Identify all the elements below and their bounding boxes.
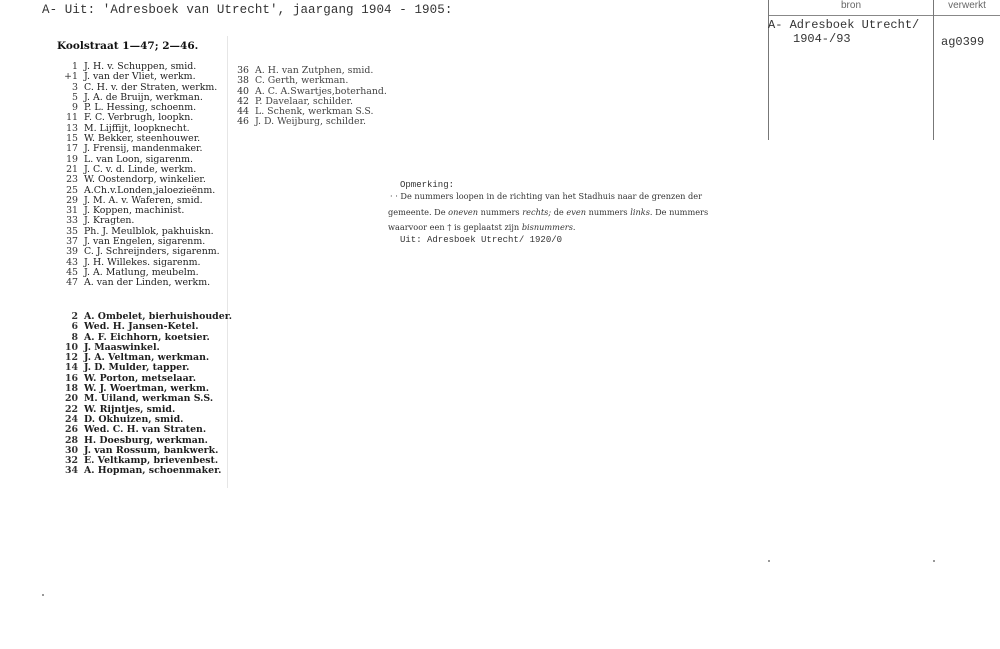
house-number: 34 [56,466,78,476]
list-item: 34A. Hopman, schoenmaker. [56,466,232,476]
list-item: 31J. Koppen, machinist. [56,206,220,216]
remark-line-1: · · De nummers loopen in de richting van… [390,191,702,201]
scan-speck [768,560,770,562]
even-numbers-continued-list: 36A. H. van Zutphen, smid.38C. Gerth, we… [231,66,387,128]
remark-line-3: waarvoor een † is geplaatst zijn bisnumm… [388,222,576,232]
street-title: Koolstraat 1—47; 2—46. [57,40,198,52]
bron-cell-line-2: 1904-/93 [793,32,851,46]
resident-entry: J. D. Weijburg, schilder. [255,117,366,127]
list-item: 47A. van der Linden, werkm. [56,278,220,288]
remark-source: Uit: Adresboek Utrecht/ 1920/0 [400,235,562,245]
column-header-verwerkt: verwerkt [934,0,1000,11]
remark-text: De nummers loopen in de richting van het… [400,191,702,201]
table-left-border [768,0,769,140]
scan-speck [42,594,44,596]
resident-entry: A. van der Linden, werkm. [84,278,210,288]
document-header: A- Uit: 'Adresboek van Utrecht', jaargan… [42,3,452,17]
house-number: 46 [231,117,249,127]
bron-cell-line-1: A- Adresboek Utrecht/ [768,18,919,32]
house-number: 47 [56,278,78,288]
even-numbers-list: 2A. Ombelet, bierhuishouder.6Wed. H. Jan… [56,312,232,477]
table-column-divider [933,0,934,140]
verwerkt-cell: ag0399 [941,35,984,49]
resident-entry: A. Hopman, schoenmaker. [84,466,221,476]
scan-speck [933,560,935,562]
odd-numbers-list: 1J. H. v. Schuppen, smid.+1J. van der Vl… [56,62,220,289]
remark-title: Opmerking: [400,180,454,190]
table-header-divider [768,15,1000,16]
column-header-bron: bron [769,0,933,11]
remark-line-2: gemeente. De oneven nummers rechts; de e… [388,207,708,217]
list-item: 46J. D. Weijburg, schilder. [231,117,387,127]
